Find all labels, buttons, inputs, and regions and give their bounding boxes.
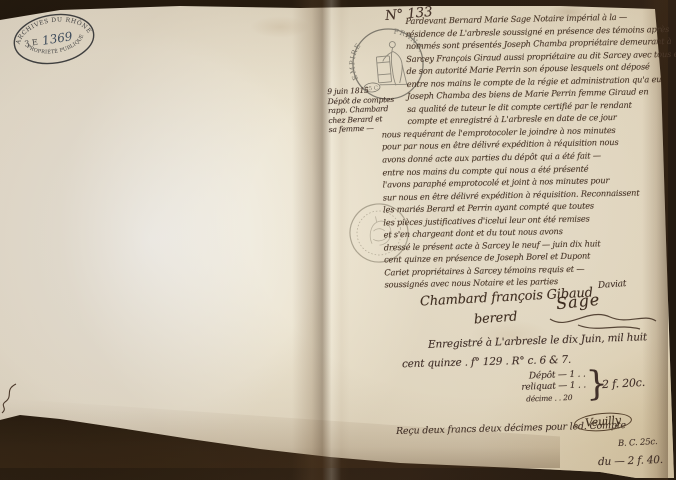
stray-pen-mark	[0, 382, 20, 416]
archive-stamp-series: 3 E	[24, 38, 39, 49]
witness-signature: Daviat	[598, 279, 627, 291]
act-body-text: Pardevant Bernard Marie Sage Notaire imp…	[349, 10, 670, 292]
note-bc: B. C. 25c.	[618, 437, 658, 449]
scanned-notarial-act: ARCHIVES DU RHÔNE PROPRIÉTÉ PUBLIQUE 3 E…	[0, 0, 676, 480]
fee-total: 2 f. 20c.	[602, 376, 646, 391]
party-signature-berard: bererd	[474, 310, 518, 328]
note-du: du — 2 f. 40.	[598, 454, 663, 468]
registration-fee-table: Dépôt — 1 . . reliquat — 1 . . décime . …	[497, 369, 586, 405]
